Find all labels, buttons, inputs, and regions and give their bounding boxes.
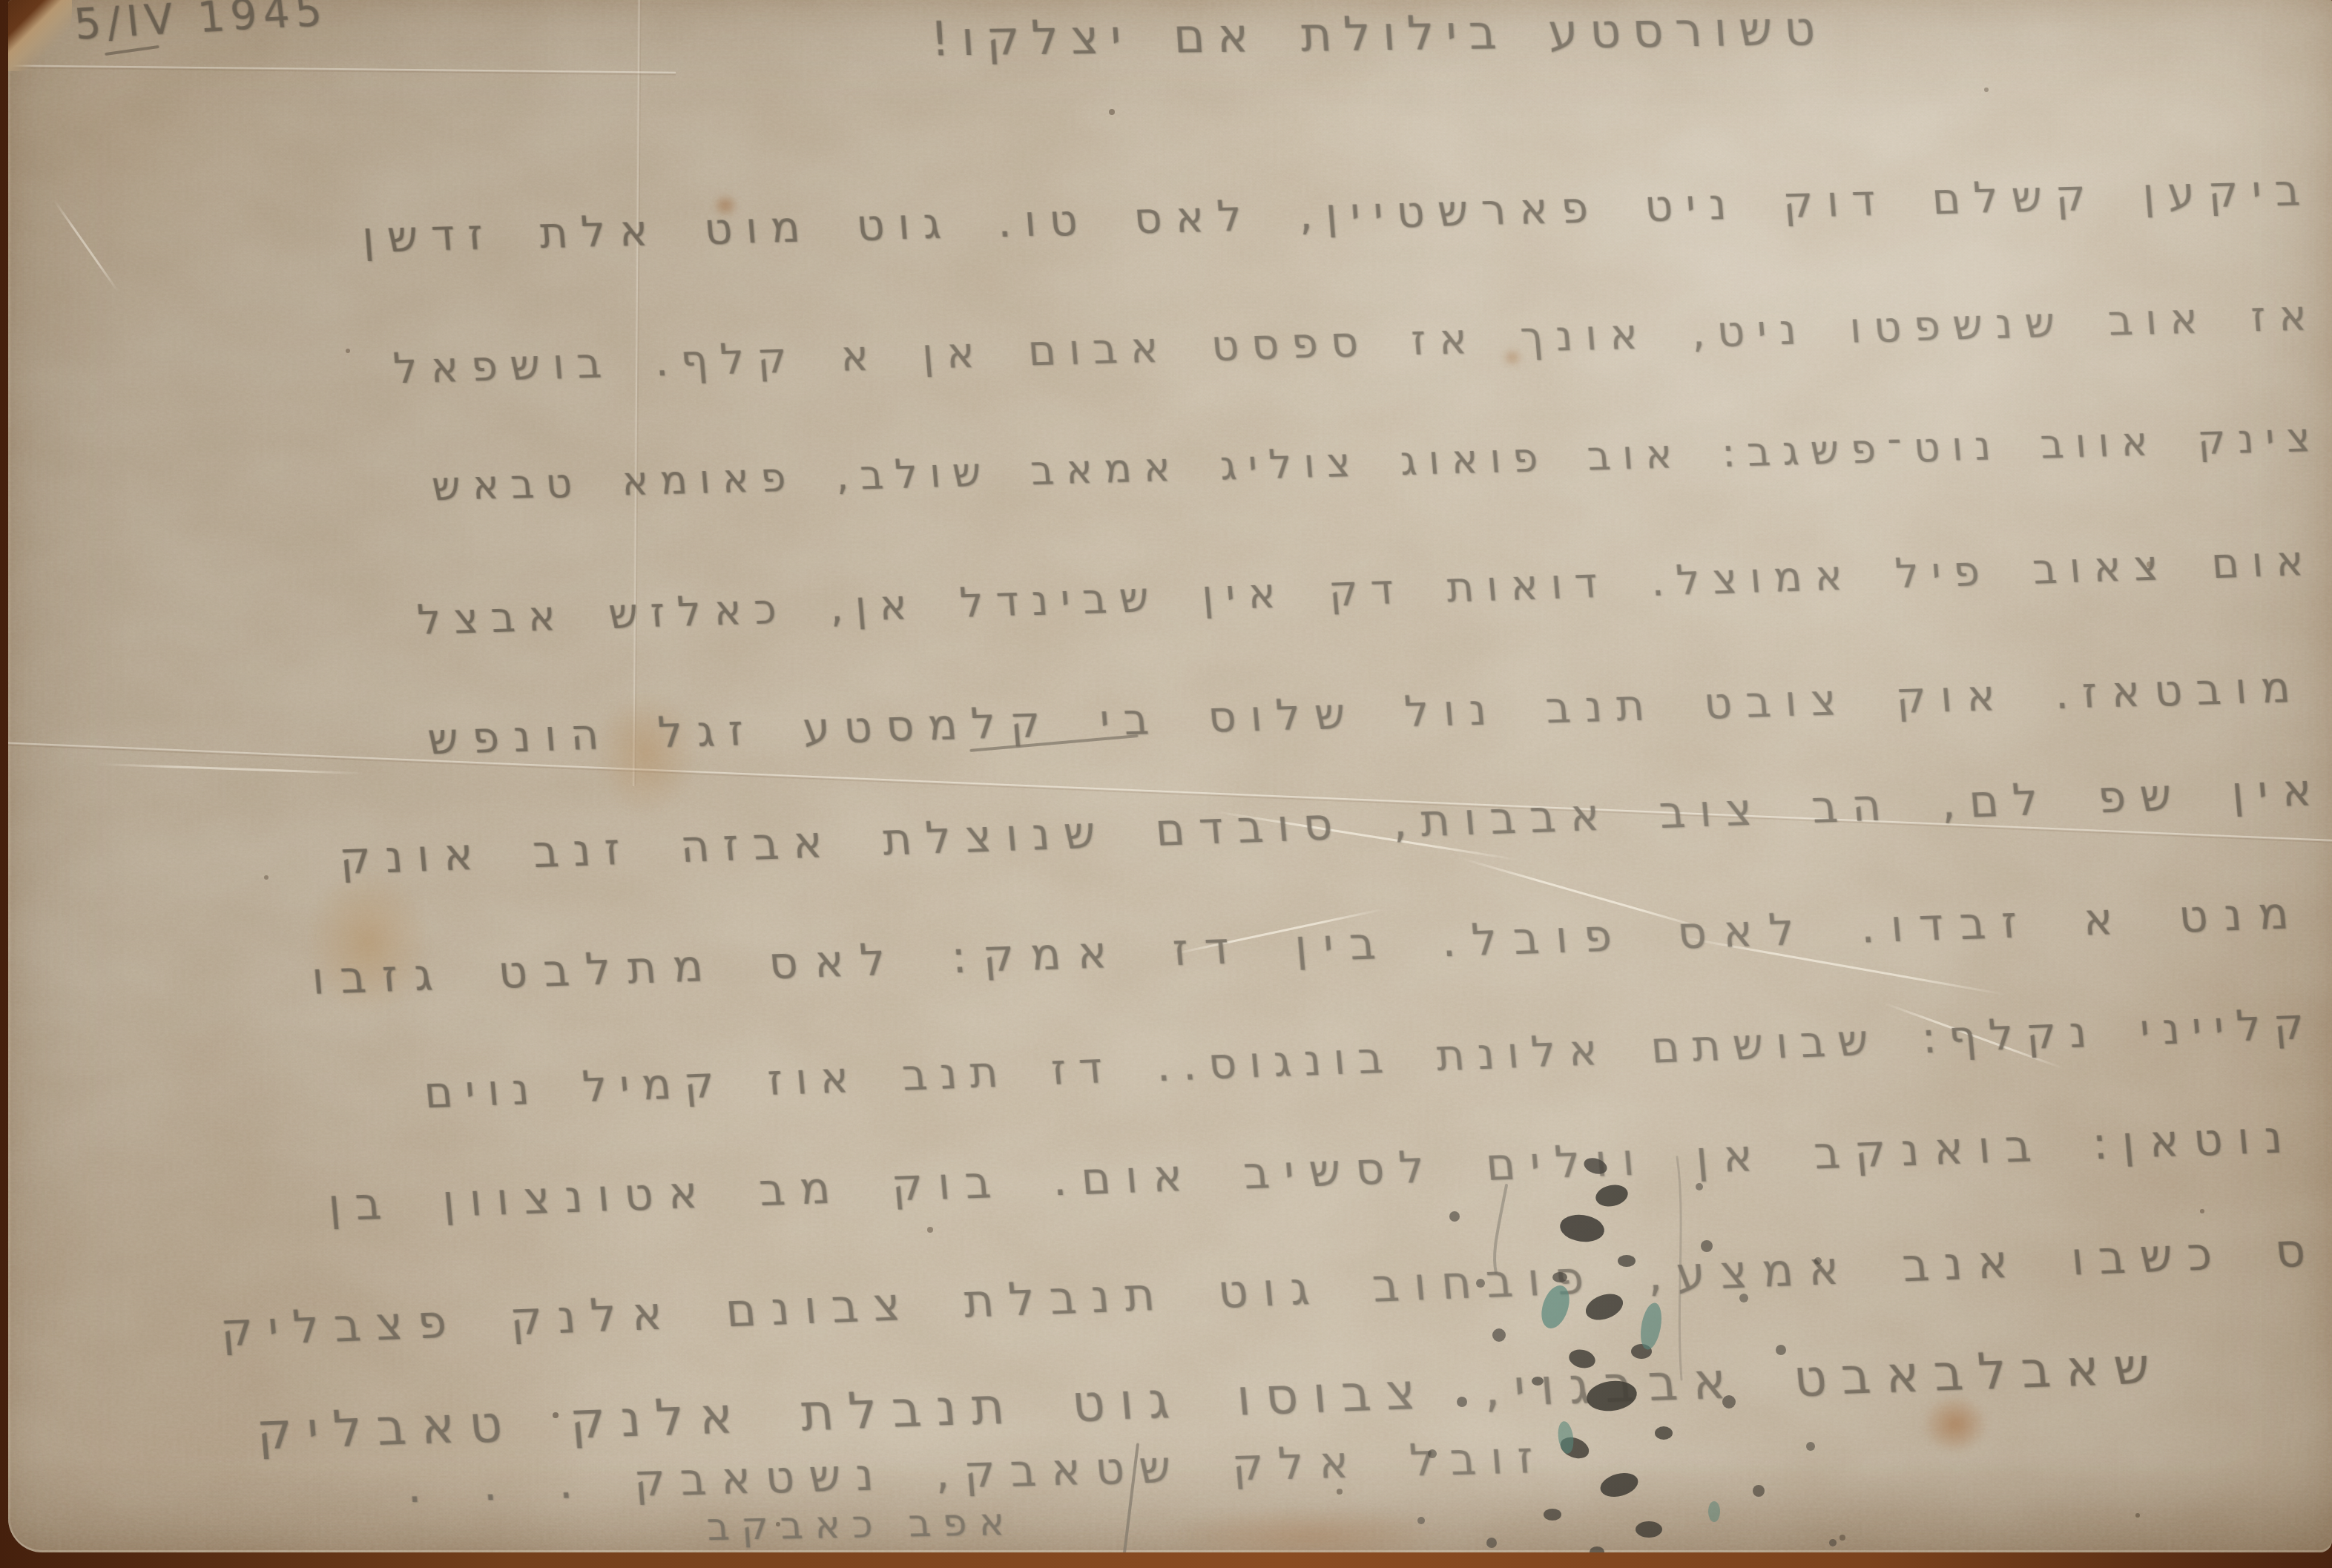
date-inscription: 5/IV 1945 (72, 0, 330, 50)
photo-of-letter: 5/IV 1945 טשורסטע בילולת אם יצלקו! ביקען… (0, 0, 2332, 1568)
handwritten-line: ביקען קשלם דוק ניט פארשטיין, לאס טו. גוט… (360, 165, 2315, 263)
handwritten-line: אין שפ לם, הב צוב אבבות, סובדם שנוצלת אב… (337, 764, 2328, 885)
handwritten-line: נוטאן: בואנקב אן וולים לסשיב אום. בוק מב… (326, 1111, 2299, 1232)
handwritten-line: ס כשבו אנב אמצע, פובחוב גוט תנבלת צבונם … (218, 1222, 2322, 1357)
rust-stain (1922, 1394, 1989, 1454)
handwritten-line: מובטאז. אוק צובט תנב נול שלוס בי קלמסטע … (426, 662, 2306, 765)
handwritten-line: קלייני נקלף: שבושתם אלונת בונגוס.. דז תנ… (422, 998, 2319, 1118)
handwritten-line: אום צאוב פיל אמוצל. דואות דק אין שבינדל … (416, 537, 2319, 645)
ink-blot-cluster (1403, 1135, 1862, 1552)
handwritten-line: מנט א זבדו. לאס פובל. בין דז אמק: לאס מת… (309, 887, 2307, 1005)
crease-crack (53, 200, 119, 292)
handwritten-line: אז אוב שנשפטו ניט, אונך אז ספסט אבום אן … (392, 291, 2321, 393)
letter-paper: 5/IV 1945 טשורסטע בילולת אם יצלקו! ביקען… (8, 0, 2332, 1552)
pencil-smear-streaks (1495, 1157, 1682, 1380)
ink-speckles (1417, 1156, 1837, 1552)
torn-corner (8, 0, 72, 71)
fold-crease-top-left (8, 65, 676, 75)
handwritten-line: צינק אווב נוט־פשגב: אוב פואוג צוליג אמאב… (430, 414, 2324, 510)
letter-heading: טשורסטע בילולת אם יצלקו! (929, 1, 1828, 67)
closing-line: אפב כאבקב (705, 1500, 1018, 1549)
fold-crease-vertical (632, 0, 641, 786)
crease-crack (97, 763, 364, 775)
